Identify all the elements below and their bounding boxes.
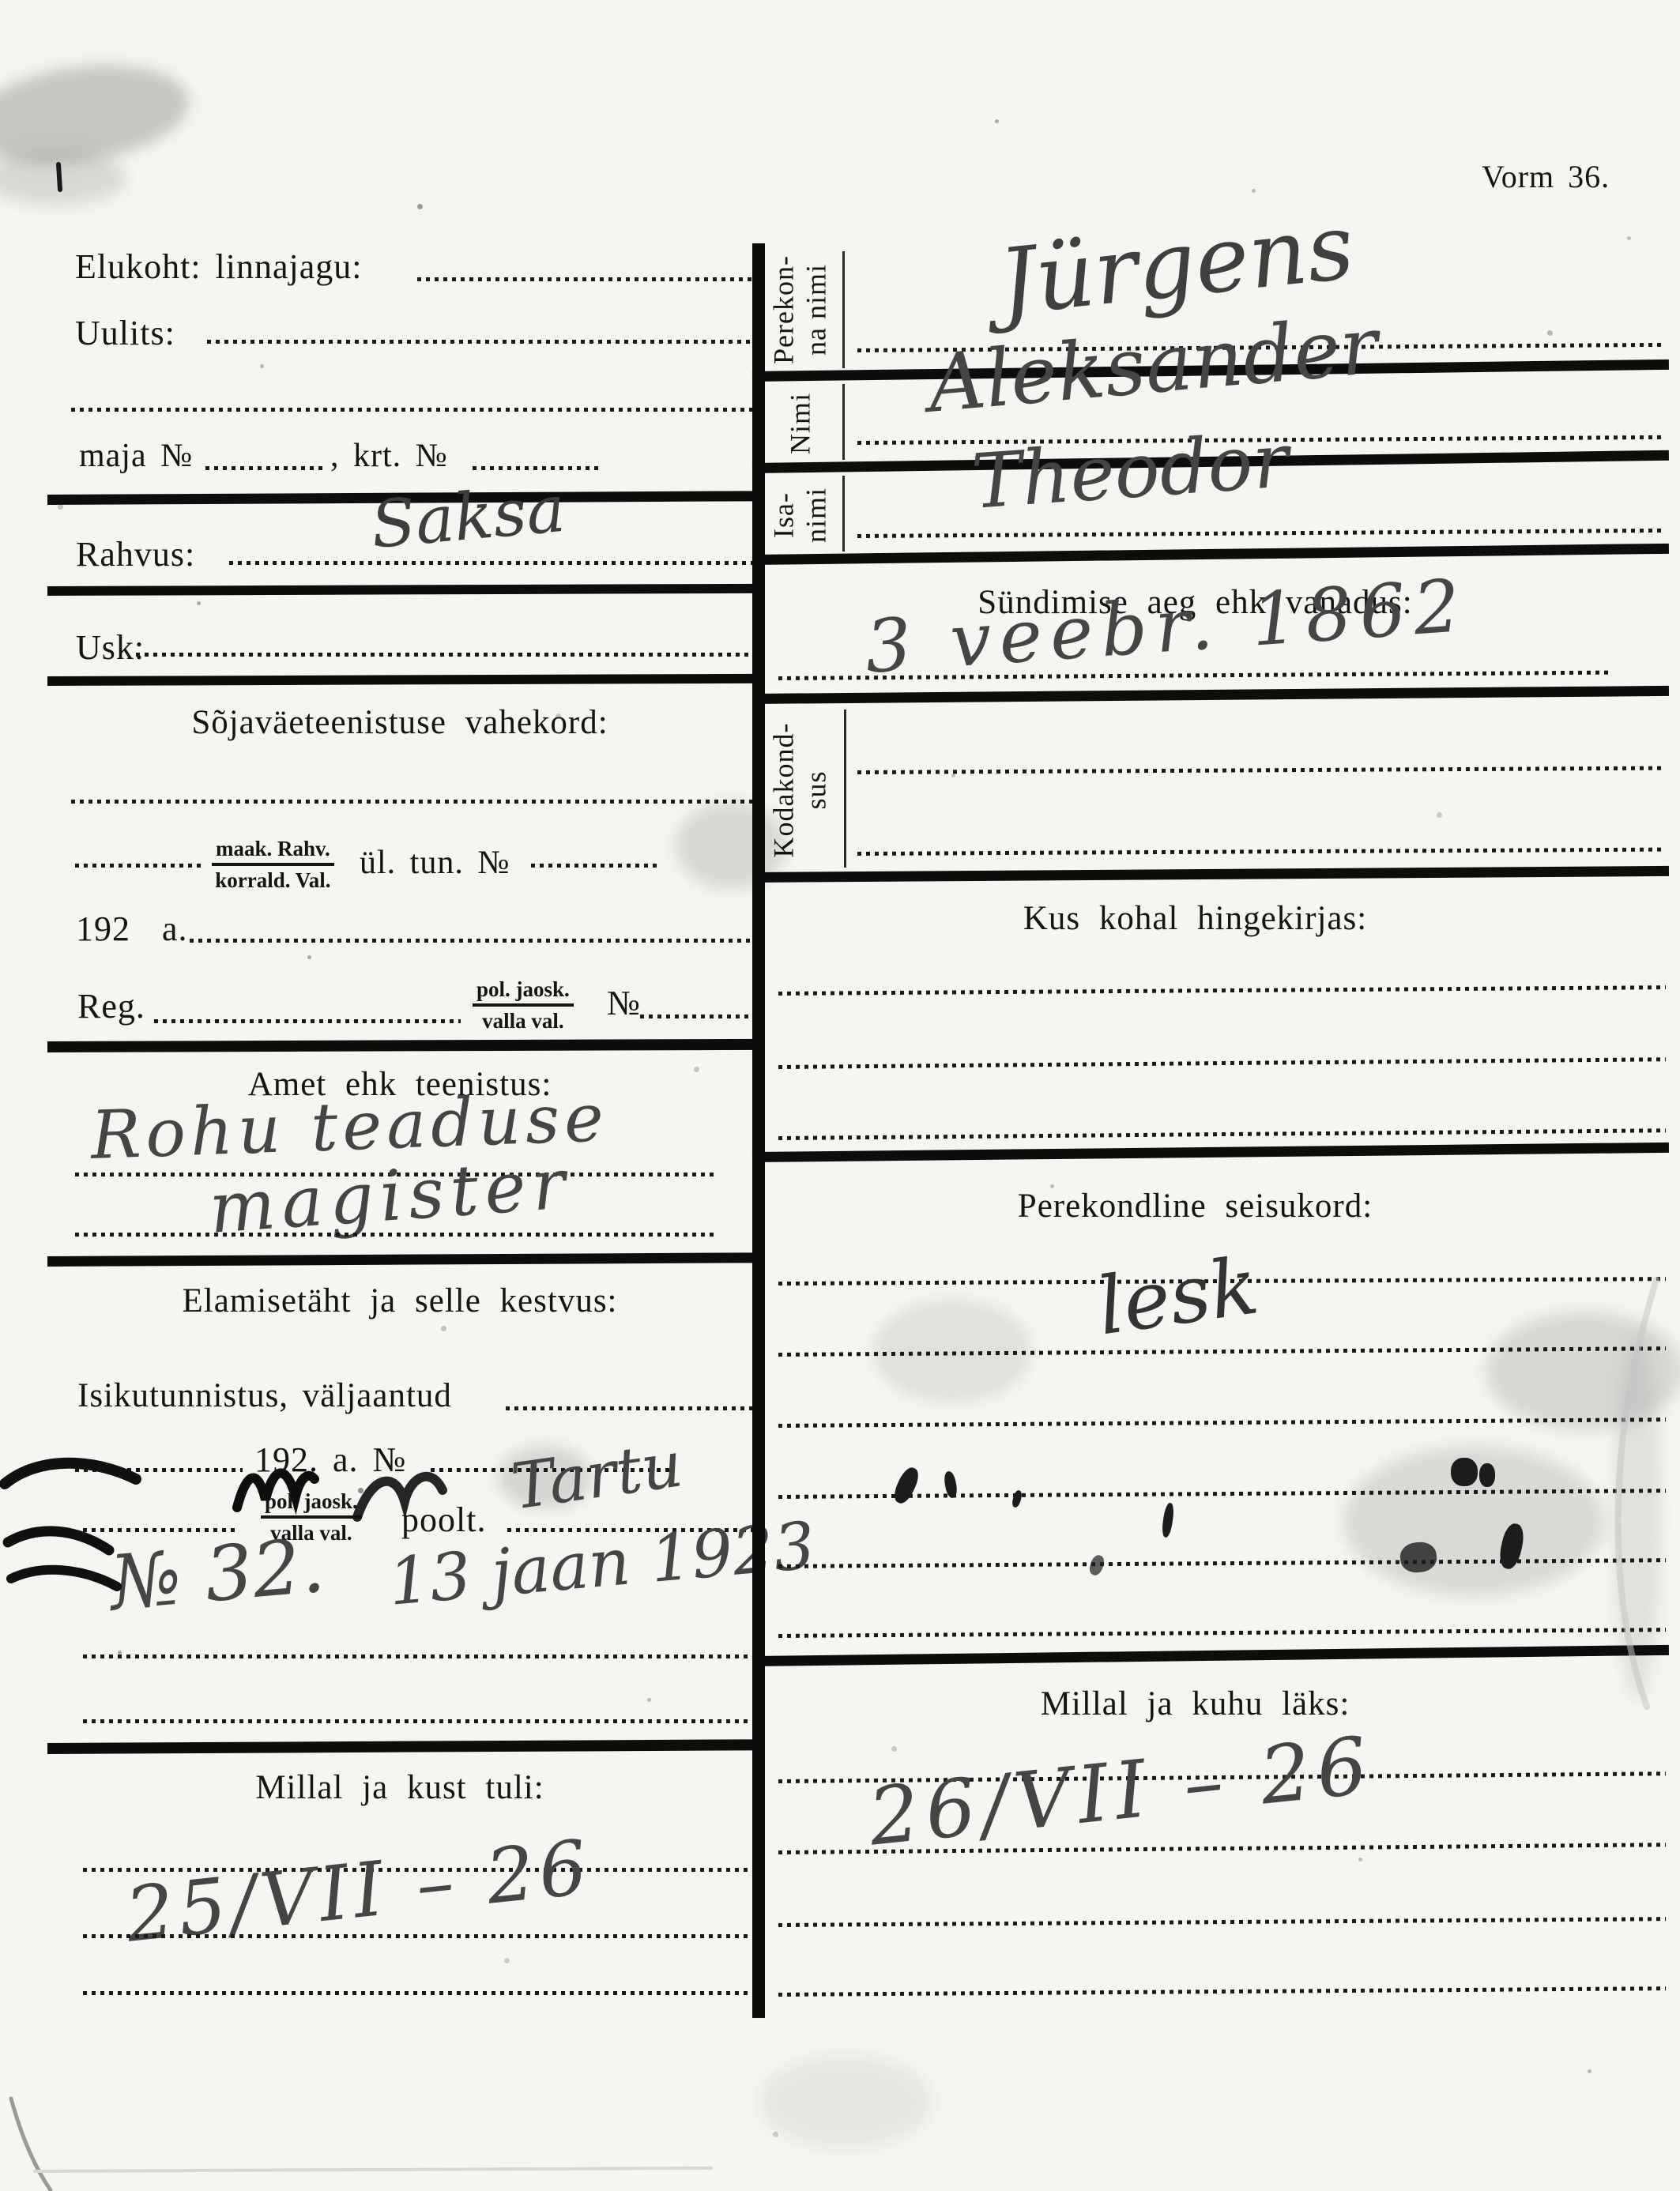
margin-ink-stroke bbox=[5, 1463, 136, 1484]
page-fold-line bbox=[11, 2099, 51, 2190]
ink-scribble bbox=[237, 1473, 315, 1508]
margin-ink-stroke bbox=[8, 1531, 109, 1550]
scanned-registration-form: Vorm 36. Elukoht: linnajagu: Uulits: maj… bbox=[0, 0, 1680, 2191]
ink-scribble bbox=[357, 1477, 443, 1517]
margin-ink-stroke bbox=[11, 1570, 117, 1587]
faint-stamp-arc bbox=[1618, 1280, 1656, 1707]
ink-marks-overlay bbox=[0, 0, 1680, 2191]
page-edge-line bbox=[35, 2168, 711, 2171]
stray-mark bbox=[58, 164, 60, 190]
